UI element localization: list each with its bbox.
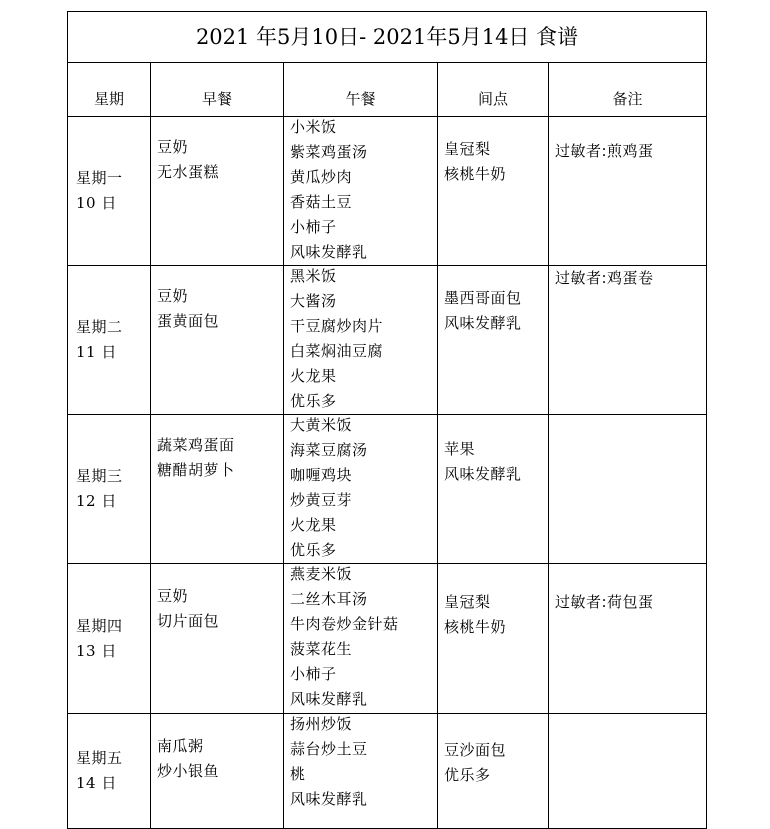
title-row: 2021 年5月10日- 2021年5月14日 食谱 — [68, 12, 707, 63]
snack-item: 风味发酵乳 — [444, 462, 548, 487]
breakfast-cell: 豆奶切片面包 — [151, 564, 284, 714]
weekly-menu-table: 2021 年5月10日- 2021年5月14日 食谱 星期 早餐 午餐 间点 备… — [67, 11, 707, 829]
weekday-cell: 星期一10 日 — [68, 117, 151, 266]
lunch-cell: 扬州炒饭蒜台炒土豆桃风味发酵乳 — [284, 714, 438, 829]
notes-cell: 过敏者:煎鸡蛋 — [549, 117, 707, 266]
lunch-item: 扬州炒饭 — [290, 712, 437, 737]
notes-cell — [549, 714, 707, 829]
lunch-item: 牛肉卷炒金针菇 — [290, 612, 437, 637]
lunch-cell: 黑米饭大酱汤干豆腐炒肉片白菜焖油豆腐火龙果优乐多 — [284, 266, 438, 415]
lunch-item: 咖喱鸡块 — [290, 463, 437, 488]
snack-item: 皇冠梨 — [444, 137, 548, 162]
weekday-cell: 星期二11 日 — [68, 266, 151, 415]
table-title: 2021 年5月10日- 2021年5月14日 食谱 — [68, 12, 707, 63]
breakfast-item: 炒小银鱼 — [157, 759, 283, 784]
lunch-item: 优乐多 — [290, 538, 437, 563]
breakfast-item: 蔬菜鸡蛋面 — [157, 433, 283, 458]
table-row: 星期三12 日蔬菜鸡蛋面糖醋胡萝卜大黄米饭海菜豆腐汤咖喱鸡块炒黄豆芽火龙果优乐多… — [68, 415, 707, 564]
weekday-cell: 星期五14 日 — [68, 714, 151, 829]
header-weekday-label: 星期 — [68, 87, 150, 116]
snack-cell: 皇冠梨核桃牛奶 — [438, 564, 549, 714]
notes-item: 过敏者:鸡蛋卷 — [555, 266, 706, 291]
snack-item: 优乐多 — [444, 763, 548, 788]
lunch-item: 炒黄豆芽 — [290, 488, 437, 513]
snack-item: 苹果 — [444, 437, 548, 462]
weekday-label: 星期一 — [76, 166, 150, 191]
snack-cell: 墨西哥面包风味发酵乳 — [438, 266, 549, 415]
lunch-item: 黑米饭 — [290, 264, 437, 289]
lunch-item: 黄瓜炒肉 — [290, 165, 437, 190]
snack-cell: 豆沙面包优乐多 — [438, 714, 549, 829]
lunch-item: 小柿子 — [290, 662, 437, 687]
header-snack: 间点 — [438, 63, 549, 117]
snack-item: 豆沙面包 — [444, 738, 548, 763]
breakfast-item: 豆奶 — [157, 584, 283, 609]
lunch-item: 干豆腐炒肉片 — [290, 314, 437, 339]
lunch-item: 火龙果 — [290, 364, 437, 389]
lunch-item: 优乐多 — [290, 389, 437, 414]
lunch-item: 海菜豆腐汤 — [290, 438, 437, 463]
header-snack-label: 间点 — [438, 87, 548, 116]
lunch-item: 菠菜花生 — [290, 637, 437, 662]
breakfast-cell: 豆奶无水蛋糕 — [151, 117, 284, 266]
weekday-label: 星期二 — [76, 315, 150, 340]
lunch-item: 大黄米饭 — [290, 413, 437, 438]
notes-item: 过敏者:荷包蛋 — [555, 590, 706, 615]
breakfast-item: 无水蛋糕 — [157, 160, 283, 185]
lunch-item: 二丝木耳汤 — [290, 587, 437, 612]
header-lunch-label: 午餐 — [284, 87, 437, 116]
lunch-item: 紫菜鸡蛋汤 — [290, 140, 437, 165]
notes-cell: 过敏者:荷包蛋 — [549, 564, 707, 714]
lunch-item: 风味发酵乳 — [290, 787, 437, 812]
lunch-item: 燕麦米饭 — [290, 562, 437, 587]
date-label: 13 日 — [76, 639, 150, 664]
breakfast-cell: 南瓜粥炒小银鱼 — [151, 714, 284, 829]
date-label: 10 日 — [76, 191, 150, 216]
breakfast-item: 切片面包 — [157, 609, 283, 634]
header-breakfast: 早餐 — [151, 63, 284, 117]
lunch-cell: 小米饭紫菜鸡蛋汤黄瓜炒肉香菇土豆小柿子风味发酵乳 — [284, 117, 438, 266]
breakfast-item: 南瓜粥 — [157, 734, 283, 759]
breakfast-item: 豆奶 — [157, 284, 283, 309]
table-row: 星期四13 日豆奶切片面包燕麦米饭二丝木耳汤牛肉卷炒金针菇菠菜花生小柿子风味发酵… — [68, 564, 707, 714]
breakfast-item: 糖醋胡萝卜 — [157, 458, 283, 483]
snack-item: 皇冠梨 — [444, 590, 548, 615]
notes-item: 过敏者:煎鸡蛋 — [555, 139, 706, 164]
header-lunch: 午餐 — [284, 63, 438, 117]
header-weekday: 星期 — [68, 63, 151, 117]
date-label: 14 日 — [76, 771, 150, 796]
lunch-item: 火龙果 — [290, 513, 437, 538]
lunch-item: 蒜台炒土豆 — [290, 737, 437, 762]
date-label: 12 日 — [76, 489, 150, 514]
breakfast-item: 豆奶 — [157, 135, 283, 160]
breakfast-cell: 豆奶蛋黄面包 — [151, 266, 284, 415]
snack-cell: 苹果风味发酵乳 — [438, 415, 549, 564]
lunch-item: 风味发酵乳 — [290, 687, 437, 712]
lunch-item: 小柿子 — [290, 215, 437, 240]
lunch-cell: 大黄米饭海菜豆腐汤咖喱鸡块炒黄豆芽火龙果优乐多 — [284, 415, 438, 564]
lunch-item: 大酱汤 — [290, 289, 437, 314]
weekday-cell: 星期四13 日 — [68, 564, 151, 714]
table-row: 星期五14 日南瓜粥炒小银鱼扬州炒饭蒜台炒土豆桃风味发酵乳豆沙面包优乐多 — [68, 714, 707, 829]
weekday-label: 星期五 — [76, 746, 150, 771]
header-breakfast-label: 早餐 — [151, 87, 283, 116]
header-row: 星期 早餐 午餐 间点 备注 — [68, 63, 707, 117]
snack-cell: 皇冠梨核桃牛奶 — [438, 117, 549, 266]
header-notes: 备注 — [549, 63, 707, 117]
snack-item: 核桃牛奶 — [444, 162, 548, 187]
breakfast-item: 蛋黄面包 — [157, 309, 283, 334]
date-label: 11 日 — [76, 340, 150, 365]
breakfast-cell: 蔬菜鸡蛋面糖醋胡萝卜 — [151, 415, 284, 564]
lunch-item: 白菜焖油豆腐 — [290, 339, 437, 364]
header-notes-label: 备注 — [549, 87, 706, 116]
menu-document: 2021 年5月10日- 2021年5月14日 食谱 星期 早餐 午餐 间点 备… — [0, 0, 770, 829]
notes-cell — [549, 415, 707, 564]
lunch-item: 小米饭 — [290, 115, 437, 140]
lunch-cell: 燕麦米饭二丝木耳汤牛肉卷炒金针菇菠菜花生小柿子风味发酵乳 — [284, 564, 438, 714]
weekday-label: 星期三 — [76, 464, 150, 489]
table-row: 星期二11 日豆奶蛋黄面包黑米饭大酱汤干豆腐炒肉片白菜焖油豆腐火龙果优乐多墨西哥… — [68, 266, 707, 415]
lunch-item: 香菇土豆 — [290, 190, 437, 215]
notes-cell: 过敏者:鸡蛋卷 — [549, 266, 707, 415]
lunch-item: 桃 — [290, 762, 437, 787]
snack-item: 墨西哥面包 — [444, 286, 548, 311]
lunch-item: 风味发酵乳 — [290, 240, 437, 265]
weekday-label: 星期四 — [76, 614, 150, 639]
snack-item: 风味发酵乳 — [444, 311, 548, 336]
weekday-cell: 星期三12 日 — [68, 415, 151, 564]
snack-item: 核桃牛奶 — [444, 615, 548, 640]
table-row: 星期一10 日豆奶无水蛋糕小米饭紫菜鸡蛋汤黄瓜炒肉香菇土豆小柿子风味发酵乳皇冠梨… — [68, 117, 707, 266]
